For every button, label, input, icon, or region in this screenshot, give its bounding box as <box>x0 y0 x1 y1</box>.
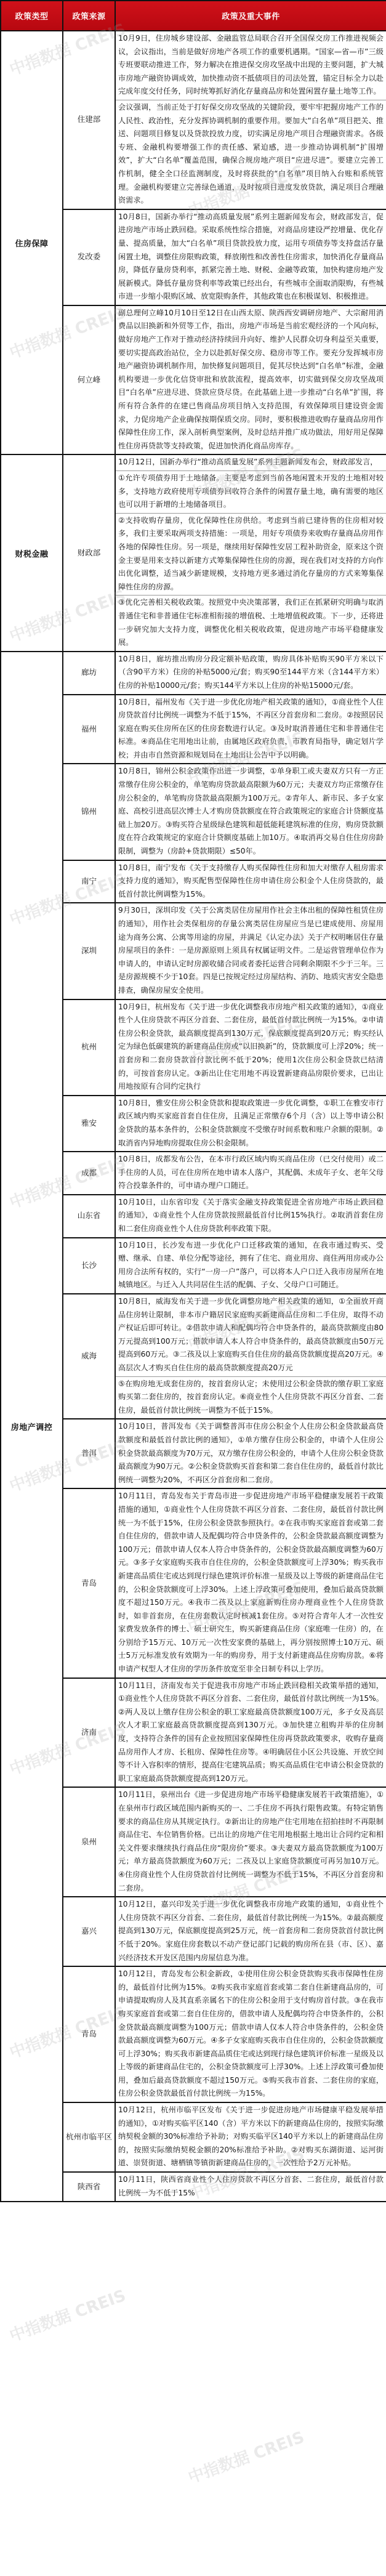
policy-source-cell: 住建部 <box>63 31 115 209</box>
column-header-events: 政策及重大事件 <box>115 1 386 31</box>
policy-source-cell: 青岛 <box>63 1966 115 2102</box>
column-header-type: 政策类型 <box>1 1 63 31</box>
policy-source-cell: 南宁 <box>63 860 115 903</box>
policy-event-cell: 10月8日，雅安住房公积金贷款和提取政策进一步优化调整，①职工在雅安市行政区域内… <box>115 1096 386 1152</box>
policy-event-cell: 10月9日，住房城乡建设部、金融监管总局联合召开全国保交房工作推进视频会议，会议… <box>115 31 386 209</box>
watermark-text: 中指数据 CREIS <box>185 2425 307 2488</box>
column-header-source: 政策来源 <box>63 1 115 31</box>
policy-source-cell: 雅安 <box>63 1096 115 1152</box>
policy-event-paragraph: 10月8日，成都发布公告，在本市行政区域内购买商品住房（已交付使用）或二手住房的… <box>116 1152 386 1194</box>
policy-event-paragraph: 10月11日，陕西省商业性个人住房贷款不再区分首套、二套住房，最低首付款比例统一… <box>116 2173 386 2201</box>
policy-type-cell: 房地产调控 <box>1 652 63 2202</box>
policy-event-cell: 10月8日，国新办举行“推动高质量发展”系列主题新闻发布会，财政部发言，促进房地… <box>115 209 386 305</box>
policy-source-cell: 杭州 <box>63 999 115 1096</box>
policy-event-paragraph: 会议强调，当前正处于打好保交房攻坚战的关键阶段，要牢牢把握房地产工作的人民性、政… <box>116 100 386 209</box>
policy-source-cell: 财政部 <box>63 454 115 651</box>
policy-source-cell: 普洱 <box>63 1419 115 1488</box>
policy-event-paragraph: 10月12日，国新办举行“推动高质量发展”系列主题新闻发布会，财政部发言， <box>116 455 386 471</box>
policy-event-paragraph: 10月10日，长沙发布进一步优化户口迁移政策的通知，在我市通过购买、受赠、继承、… <box>116 1238 386 1293</box>
policy-table: 政策类型 政策来源 政策及重大事件 住房保障住建部10月9日，住房城乡建设部、金… <box>0 0 386 2202</box>
policy-source-cell: 成都 <box>63 1152 115 1195</box>
policy-event-cell: 10月12日，杭州市临平区发布《关于进一步促进房地产市场健康平稳发展举措的通知》… <box>115 2102 386 2172</box>
policy-event-paragraph: 9月30日，深圳印发《关于公寓类居住房屋用作社会主体出租的保障性租赁住房的通知》… <box>116 903 386 998</box>
table-header: 政策类型 政策来源 政策及重大事件 <box>1 1 386 31</box>
policy-event-paragraph: 10月8日，锦州公积金政策作出进一步调整，①单身职工或夫妻双方只有一方正常缴存住… <box>116 764 386 859</box>
policy-event-cell: 副总理何立峰10月10日至12日在山西太原、陕西西安调研房地产、大宗耐用消费品以… <box>115 305 386 455</box>
policy-event-cell: 10月8日，南宁发布《关于支持缴存人购买保障性住房和加大对缴存人租房需求支持力度… <box>115 860 386 903</box>
table-body: 住房保障住建部10月9日，住房城乡建设部、金融监管总局联合召开全国保交房工作推进… <box>1 31 386 2202</box>
policy-event-cell: 10月8日，威海发布关于进一步优化调整房地产相关政策的通知，①全面放开商品住房转… <box>115 1294 386 1419</box>
policy-event-cell: 10月12日，国新办举行“推动高质量发展”系列主题新闻发布会，财政部发言，①允许… <box>115 454 386 651</box>
policy-event-paragraph: ①允许专项债券用于土地储备。主要是考虑到当前各地闲置未开发的土地相对较多，支持地… <box>116 471 386 514</box>
policy-source-cell: 济南 <box>63 1678 115 1788</box>
policy-source-cell: 青岛 <box>63 1488 115 1678</box>
policy-source-cell: 陕西省 <box>63 2172 115 2202</box>
policy-source-cell: 山东省 <box>63 1195 115 1238</box>
policy-source-cell: 泉州 <box>63 1787 115 1897</box>
policy-event-paragraph: 10月11日，济南发布关于促进我市房地产市场止跌回稳相关政策举措的通知，①商业性… <box>116 1679 386 1787</box>
table-row: 房地产调控廊坊10月8日，廊坊推出购房分段定额补贴政策，购房具体补贴购买90平方… <box>1 652 386 695</box>
policy-source-cell: 何立峰 <box>63 305 115 455</box>
policy-event-cell: 10月10日，山东省印发《关于落实金融支持政策促进全省房地产市场止跌回稳的通知》… <box>115 1195 386 1238</box>
policy-event-paragraph: 10月11日，泉州出台《进一步促进房地产市场平稳健康发展若干政策措施》，①在泉州… <box>116 1788 386 1896</box>
policy-event-paragraph: ②支持收购存量房，优化保障性住房供给。考虑到当前已建待售的住房相对较多，我们主要… <box>116 514 386 596</box>
policy-event-paragraph: ③优化完善相关税收政策。按照党中央决策部署，我们正在抓紧研究明确与取消普通住宅和… <box>116 596 386 650</box>
policy-type-cell: 财税金融 <box>1 454 63 651</box>
watermark-text: 中指数据 CREIS <box>6 2283 129 2346</box>
policy-event-cell: 10月10日，普洱发布《关于调整普洱市住房公积金个人住房公积金贷款最高贷款额度和… <box>115 1419 386 1488</box>
policy-event-paragraph: 10月8日，国新办举行“推动高质量发展”系列主题新闻发布会，财政部发言，促进房地… <box>116 210 386 305</box>
policy-event-cell: 9月30日，深圳印发《关于公寓类居住房屋用作社会主体出租的保障性租赁住房的通知》… <box>115 903 386 999</box>
policy-type-cell: 住房保障 <box>1 31 63 454</box>
policy-event-paragraph: 10月11日，青岛发布关于青岛市进一步促进房地产市场平稳健康发展若干政策措施的通… <box>116 1489 386 1677</box>
policy-event-paragraph: 10月8日，南宁发布《关于支持缴存人购买保障性住房和加大对缴存人租房需求支持力度… <box>116 861 386 903</box>
policy-source-cell: 福州 <box>63 695 115 764</box>
policy-event-cell: 10月10日，长沙发布进一步优化户口迁移政策的通知，在我市通过购买、受赠、继承、… <box>115 1238 386 1294</box>
policy-event-cell: 10月11日，青岛发布关于青岛市进一步促进房地产市场平稳健康发展若干政策措施的通… <box>115 1488 386 1678</box>
policy-event-cell: 10月12日，青岛发布公积金新政，①使用住房公积金贷款购买我市保障性住房的，最低… <box>115 1966 386 2102</box>
policy-event-cell: 10月9日，杭州发布《关于进一步优化调整我市房地产相关政策的通知》，①商业性个人… <box>115 999 386 1096</box>
policy-event-cell: 10月8日，成都发布公告，在本市行政区域内购买商品住房（已交付使用）或二手住房的… <box>115 1152 386 1195</box>
policy-source-cell: 廊坊 <box>63 652 115 695</box>
policy-event-paragraph: 10月9日，住房城乡建设部、金融监管总局联合召开全国保交房工作推进视频会议，会议… <box>116 31 386 100</box>
table-row: 财税金融财政部10月12日，国新办举行“推动高质量发展”系列主题新闻发布会，财政… <box>1 454 386 651</box>
policy-event-paragraph: 10月9日，杭州发布《关于进一步优化调整我市房地产相关政策的通知》，①商业性个人… <box>116 1000 386 1095</box>
policy-source-cell: 深圳 <box>63 903 115 999</box>
policy-source-cell: 锦州 <box>63 764 115 860</box>
table-row: 住房保障住建部10月9日，住房城乡建设部、金融监管总局联合召开全国保交房工作推进… <box>1 31 386 209</box>
policy-event-cell: 10月11日，济南发布关于促进我市房地产市场止跌回稳相关政策举措的通知，①商业性… <box>115 1678 386 1788</box>
policy-event-paragraph: 10月10日，普洱发布《关于调整普洱市住房公积金个人住房公积金贷款最高贷款额度和… <box>116 1419 386 1488</box>
policy-source-cell: 杭州市临平区 <box>63 2102 115 2172</box>
policy-event-paragraph: ⑤在购房地无成套住房的，按首套房认定；未使用过公积金贷款的缴存职工家庭购买第二套… <box>116 1377 386 1419</box>
policy-source-cell: 发改委 <box>63 209 115 305</box>
policy-source-cell: 威海 <box>63 1294 115 1419</box>
policy-event-cell: 10月11日，泉州出台《进一步促进房地产市场平稳健康发展若干政策措施》，①在泉州… <box>115 1787 386 1897</box>
policy-event-cell: 10月8日，锦州公积金政策作出进一步调整，①单身职工或夫妻双方只有一方正常缴存住… <box>115 764 386 860</box>
policy-event-cell: 10月11日，陕西省商业性个人住房贷款不再区分首套、二套住房，最低首付款比例统一… <box>115 2172 386 2202</box>
policy-event-paragraph: 10月8日，福州发布《关于进一步优化房地产相关政策的通知》，①商业性个人住房贷款… <box>116 695 386 764</box>
policy-source-cell: 长沙 <box>63 1238 115 1294</box>
policy-event-paragraph: 10月8日，廊坊推出购房分段定额补贴政策，购房具体补贴购买90平方米以下（含90… <box>116 652 386 694</box>
policy-source-cell: 嘉兴 <box>63 1897 115 1966</box>
policy-event-paragraph: 副总理何立峰10月10日至12日在山西太原、陕西西安调研房地产、大宗耐用消费品以… <box>116 306 386 454</box>
policy-event-paragraph: 10月8日，威海发布关于进一步优化调整房地产相关政策的通知，①全面放开商品住房转… <box>116 1294 386 1377</box>
policy-event-paragraph: 10月12日，嘉兴印发关于进一步优化调整我市房地产政策的通知，①商业性个人住房贷… <box>116 1897 386 1966</box>
policy-event-cell: 10月12日，嘉兴印发关于进一步优化调整我市房地产政策的通知，①商业性个人住房贷… <box>115 1897 386 1966</box>
policy-event-paragraph: 10月12日，杭州市临平区发布《关于进一步促进房地产市场健康平稳发展举措的通知》… <box>116 2103 386 2171</box>
policy-event-paragraph: 10月10日，山东省印发《关于落实金融支持政策促进全省房地产市场止跌回稳的通知》… <box>116 1195 386 1237</box>
policy-event-cell: 10月8日，福州发布《关于进一步优化房地产相关政策的通知》，①商业性个人住房贷款… <box>115 695 386 764</box>
policy-event-paragraph: 10月12日，青岛发布公积金新政，①使用住房公积金贷款购买我市保障性住房的，最低… <box>116 1967 386 2102</box>
policy-event-cell: 10月8日，廊坊推出购房分段定额补贴政策，购房具体补贴购买90平方米以下（含90… <box>115 652 386 695</box>
policy-event-paragraph: 10月8日，雅安住房公积金贷款和提取政策进一步优化调整，①职工在雅安市行政区域内… <box>116 1096 386 1151</box>
